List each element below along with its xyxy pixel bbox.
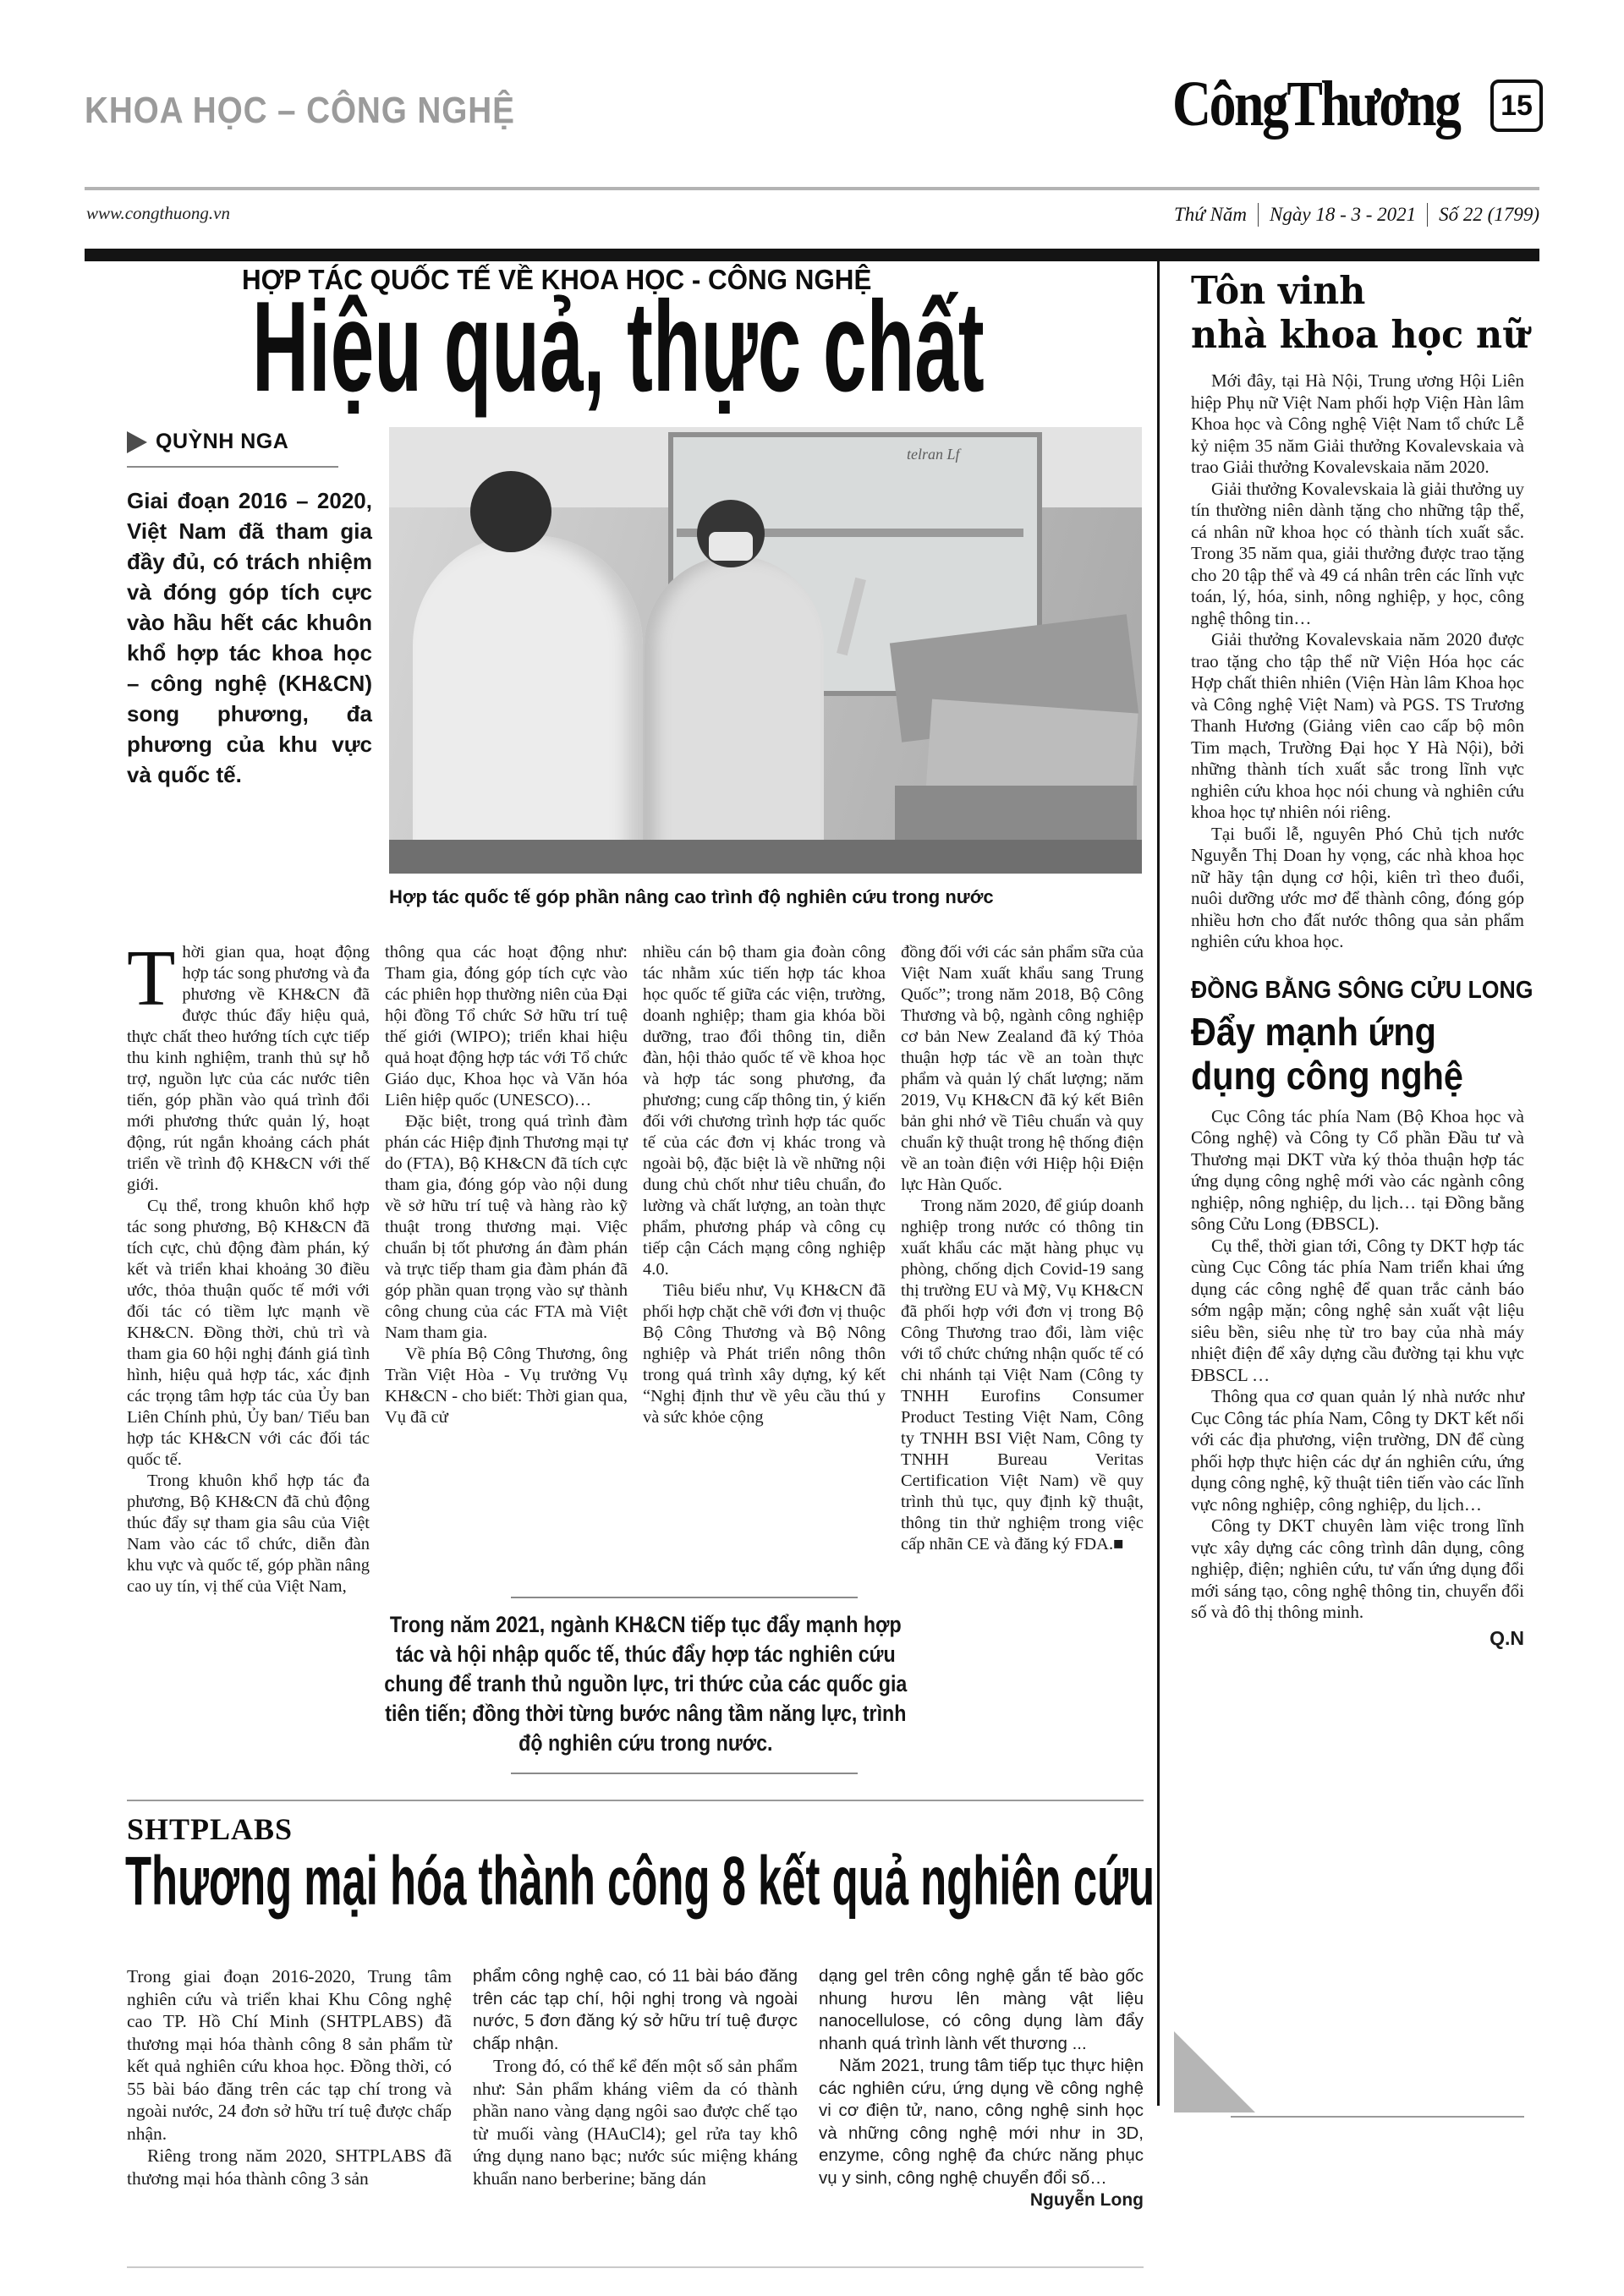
pull-quote-rule-top: [511, 1597, 858, 1598]
bottom-article-headline: Thương mại hóa thành công 8 kết quả nghi…: [125, 1845, 1155, 1918]
paragraph: Mới đây, tại Hà Nội, Trung ương Hội Liên…: [1191, 370, 1524, 479]
photo-researcher2-labcoat: [645, 556, 824, 874]
article-photo: telran Lf: [389, 427, 1142, 874]
newspaper-page: KHOA HỌC – CÔNG NGHỆ CôngThương 15 www.c…: [0, 0, 1624, 2296]
sidebar-article2-kicker: ĐỒNG BẰNG SÔNG CỬU LONG: [1191, 977, 1497, 1005]
paragraph: Thời gian qua, hoạt động hợp tác song ph…: [127, 942, 370, 1196]
paragraph: Tiêu biểu như, Vụ KH&CN đã phối hợp chặt…: [643, 1280, 886, 1428]
header-rule: [85, 187, 1539, 190]
section-title: KHOA HỌC – CÔNG NGHỆ: [85, 90, 515, 132]
sidebar: Tôn vinh nhà khoa học nữ Mới đây, tại Hà…: [1191, 269, 1524, 1650]
website-url: www.congthuong.vn: [86, 203, 230, 224]
photo-caption: Hợp tác quốc tế góp phần nâng cao trình …: [389, 886, 1142, 908]
bottom-column-3: dạng gel trên công nghệ gắn tế bào gốc n…: [819, 1965, 1144, 2212]
byline-rule: [127, 466, 338, 468]
dateline: Thứ Năm Ngày 18 - 3 - 2021 Số 22 (1799): [1174, 203, 1539, 227]
photo-researcher-head: [470, 471, 551, 552]
paragraph: Cụ thể, thời gian tới, Công ty DKT hợp t…: [1191, 1236, 1524, 1387]
pull-quote-rule-bottom: [511, 1773, 858, 1774]
paragraph: Tại buổi lễ, nguyên Phó Chủ tịch nước Ng…: [1191, 824, 1524, 953]
paragraph: Giải thưởng Kovalevskaia là giải thưởng …: [1191, 479, 1524, 630]
paragraph: Năm 2021, trung tâm tiếp tục thực hiện c…: [819, 2055, 1144, 2189]
dateline-day: Thứ Năm: [1174, 204, 1247, 226]
sidebar-article1-body: Mới đây, tại Hà Nội, Trung ương Hội Liên…: [1191, 370, 1524, 953]
bottom-article-author: Nguyễn Long: [1010, 2189, 1144, 2212]
paragraph: Trong đó, có thể kể đến một số sản phẩm …: [473, 2055, 798, 2189]
dateline-separator: [1258, 203, 1259, 227]
body-column-3: nhiều cán bộ tham gia đoàn công tác nhằm…: [643, 942, 886, 1597]
paragraph: Công ty DKT chuyên làm việc trong lĩnh v…: [1191, 1515, 1524, 1624]
paragraph: Cụ thể, trong khuôn khổ hợp tác song phư…: [127, 1196, 370, 1471]
sidebar-divider-rule: [1157, 249, 1160, 2106]
main-article-headline: Hiệu quả, thực chất: [252, 279, 985, 415]
paragraph: nhiều cán bộ tham gia đoàn công tác nhằm…: [643, 942, 886, 1280]
body-column-2: thông qua các hoạt động như: Tham gia, đ…: [385, 942, 628, 1597]
sidebar-article1-title-line1: Tôn vinh: [1191, 269, 1507, 313]
page-bottom-rule: [127, 2266, 1144, 2268]
paragraph-text: Năm 2021, trung tâm tiếp tục thực hiện c…: [819, 2056, 1144, 2188]
page-number-badge: 15: [1490, 79, 1543, 132]
paragraph: Trong giai đoạn 2016-2020, Trung tâm ngh…: [127, 1965, 452, 2145]
sidebar-article2-title: Đẩy mạnh ứng dụng công nghệ: [1191, 1010, 1491, 1098]
photo-lab-counter: [389, 840, 1142, 874]
paragraph: Giải thưởng Kovalevskaia năm 2020 được t…: [1191, 629, 1524, 824]
bottom-column-1: Trong giai đoạn 2016-2020, Trung tâm ngh…: [127, 1965, 452, 2212]
paragraph: Trong khuôn khổ hợp tác đa phương, Bộ KH…: [127, 1471, 370, 1597]
header-black-bar: [85, 249, 1539, 261]
sidebar-bottom-rule: [1231, 2116, 1524, 2118]
byline-name: QUỲNH NGA: [156, 430, 288, 454]
paragraph: dạng gel trên công nghệ gắn tế bào gốc n…: [819, 1965, 1144, 2055]
drop-cap: T: [127, 942, 182, 1010]
photo-equipment-label: telran Lf: [907, 446, 960, 463]
dateline-date: Ngày 18 - 3 - 2021: [1270, 204, 1416, 226]
pull-quote: Trong năm 2021, ngành KH&CN tiếp tục đẩy…: [382, 1610, 909, 1758]
paragraph: Trong năm 2020, để giúp doanh nghiệp tro…: [901, 1196, 1144, 1555]
byline-arrow-icon: [127, 431, 147, 453]
photo-researcher-labcoat: [413, 535, 643, 874]
paragraph: Đặc biệt, trong quá trình đàm phán các H…: [385, 1111, 628, 1344]
paragraph: phẩm công nghệ cao, có 11 bài báo đăng t…: [473, 1965, 798, 2055]
photo-researcher2-mask: [709, 532, 753, 561]
masthead-logo: CôngThương: [1172, 68, 1459, 141]
paragraph: Cục Công tác phía Nam (Bộ Khoa học và Cô…: [1191, 1106, 1524, 1236]
section-divider: [127, 1800, 1144, 1801]
bottom-article-body: Trong giai đoạn 2016-2020, Trung tâm ngh…: [127, 1965, 1144, 2212]
sidebar-article2-author: Q.N: [1191, 1627, 1524, 1650]
main-article-lead: Giai đoạn 2016 – 2020, Việt Nam đã tham …: [127, 485, 372, 790]
page-fold-triangle: [1174, 2031, 1255, 2112]
dateline-issue: Số 22 (1799): [1439, 204, 1539, 226]
paragraph: đồng đối với các sản phẩm sữa của Việt N…: [901, 942, 1144, 1196]
body-column-1: Thời gian qua, hoạt động hợp tác song ph…: [127, 942, 370, 1597]
sidebar-article1-title-line2: nhà khoa học nữ: [1191, 313, 1507, 357]
bottom-column-2: phẩm công nghệ cao, có 11 bài báo đăng t…: [473, 1965, 798, 2212]
sidebar-article2: ĐỒNG BẰNG SÔNG CỬU LONG Đẩy mạnh ứng dụn…: [1191, 977, 1524, 1650]
paragraph: Thông qua cơ quan quản lý nhà nước như C…: [1191, 1386, 1524, 1515]
paragraph: Riêng trong năm 2020, SHTPLABS đã thương…: [127, 2145, 452, 2189]
main-article-body: Thời gian qua, hoạt động hợp tác song ph…: [127, 942, 1144, 1597]
paragraph: thông qua các hoạt động như: Tham gia, đ…: [385, 942, 628, 1111]
body-column-4: đồng đối với các sản phẩm sữa của Việt N…: [901, 942, 1144, 1597]
dateline-separator: [1427, 203, 1428, 227]
bottom-article-kicker: SHTPLABS: [127, 1811, 293, 1847]
paragraph: Về phía Bộ Công Thương, ông Trần Việt Hò…: [385, 1344, 628, 1428]
byline: QUỲNH NGA: [127, 430, 288, 454]
